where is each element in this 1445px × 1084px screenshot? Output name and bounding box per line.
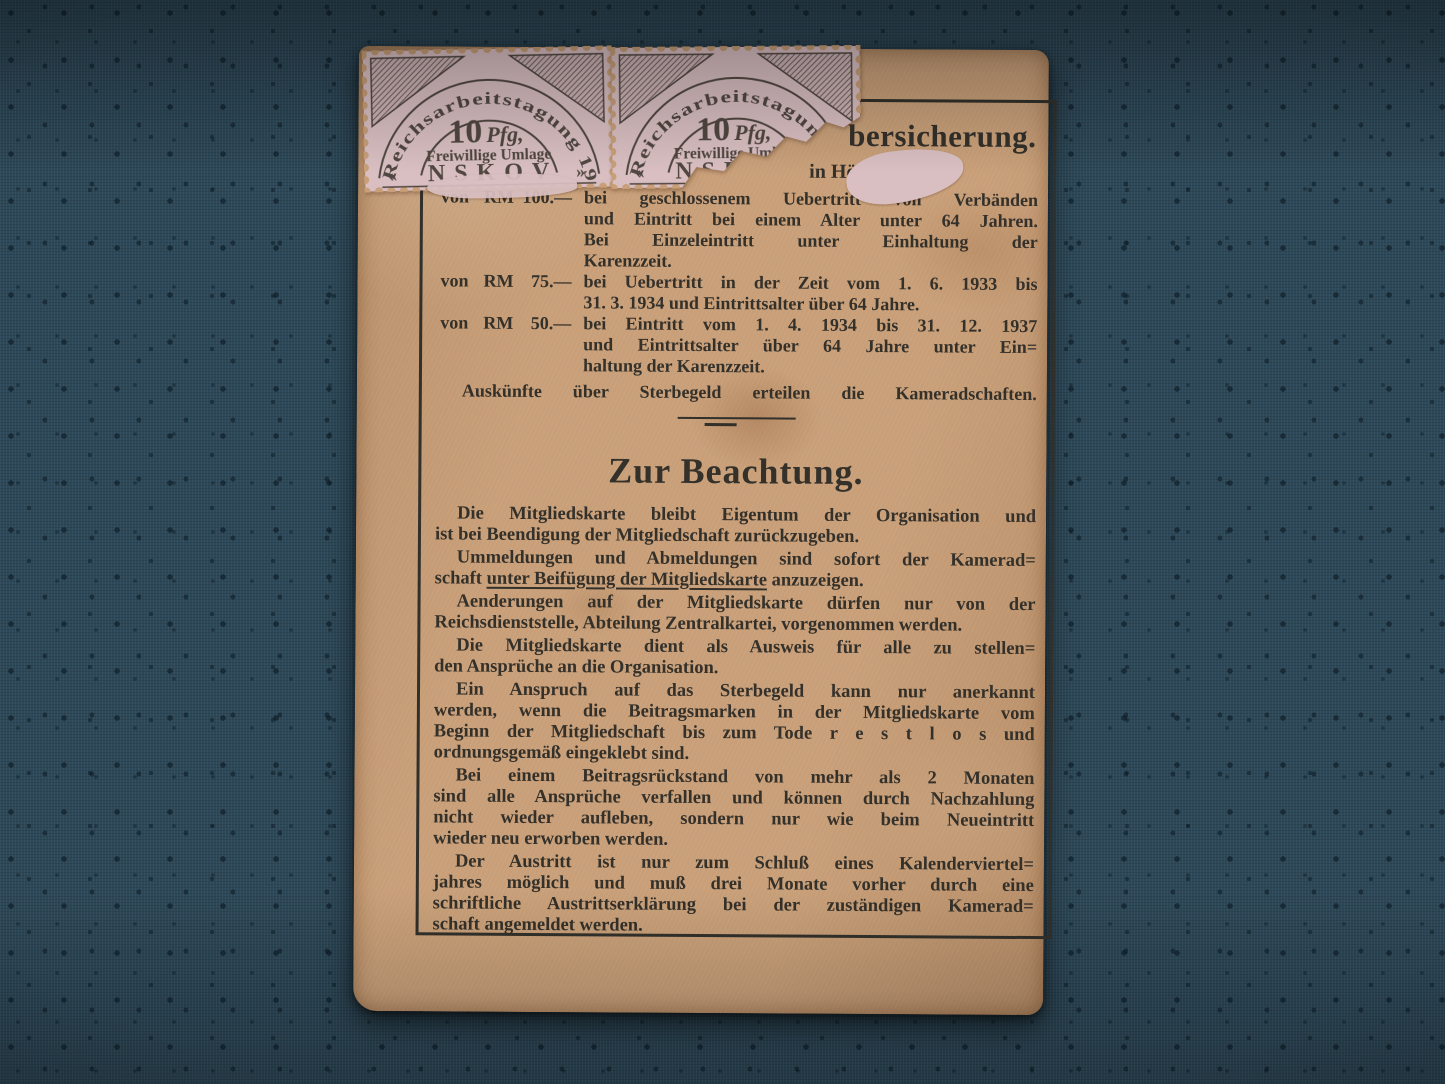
tariff-label-part: RM: [483, 270, 513, 291]
text-line: und Eintritt bei einem Alter unter 64 Ja…: [584, 208, 1038, 232]
text-line: und Eintrittsalter über 64 Jahre unter E…: [583, 334, 1037, 358]
text-line: 31. 3. 1934 und Eintrittsalter über 64 J…: [583, 292, 1037, 316]
notice-paragraph: Ummeldungen und Abmeldungen sind sofort …: [435, 547, 1036, 593]
stamp-value-unit: Pfg,: [733, 120, 771, 145]
stamp-value: 10: [448, 113, 483, 151]
stamp-left-flourish: «: [635, 162, 644, 182]
text-line: wieder neu erworben werden.: [433, 828, 1034, 853]
text-line: ordnungsgemäß eingeklebt sind.: [434, 742, 1035, 767]
stamp-right-flourish: »: [823, 160, 832, 180]
text-segment: schaft: [435, 568, 487, 588]
tariff-label-part: 50.—: [531, 313, 584, 334]
notice-paragraph: Der Austritt ist nur zum Schluß eines Ka…: [433, 851, 1035, 939]
text-line: bei Uebertritt in der Zeit vom 1. 6. 193…: [583, 271, 1037, 295]
text-line: Reichsdienststelle, Abteilung Zentralkar…: [434, 612, 1035, 637]
tariff-label-part: von: [436, 312, 468, 333]
stamp-value-unit: Pfg,: [485, 121, 524, 147]
text-line: nicht wieder aufleben, sondern nur wie b…: [433, 807, 1034, 832]
text-line: Die Mitgliedskarte bleibt Eigentum der O…: [435, 503, 1036, 528]
section-divider: [677, 416, 795, 419]
tariff-list: vonRM100.—bei geschlossenem Uebertritt v…: [436, 186, 1038, 379]
tariff-label-part: 75.—: [531, 271, 584, 292]
tariff-amount-label: vonRM75.—: [436, 270, 583, 313]
tariff-label-part: RM: [483, 312, 513, 333]
tariff-description: bei geschlossenem Uebertritt von Verbänd…: [584, 187, 1039, 274]
section-title: Zur Beachtung.: [435, 448, 1036, 494]
notice-paragraph: Die Mitgliedskarte dient als Ausweis für…: [434, 635, 1035, 681]
text-line: Bei Einzeleintritt unter Einhaltung der: [584, 229, 1038, 253]
text-line: schaft unter Beifügung der Mitgliedskart…: [435, 568, 1036, 593]
tariff-row: vonRM50.—bei Eintritt vom 1. 4. 1934 bis…: [436, 312, 1037, 379]
text-line: Karenzzeit.: [584, 250, 1038, 274]
card-border-box: bersicherung. in Höhe: vonRM100.—bei ges…: [416, 96, 1057, 939]
tariff-amount-label: vonRM50.—: [436, 312, 583, 376]
text-line: Bei einem Beitragsrückstand von mehr als…: [433, 765, 1034, 790]
notice-paragraph: Bei einem Beitragsrückstand von mehr als…: [433, 765, 1035, 853]
notice-paragraph: Aenderungen auf der Mitgliedskarte dürfe…: [434, 591, 1035, 637]
text-line: Aenderungen auf der Mitgliedskarte dürfe…: [434, 591, 1035, 616]
text-line: sind alle Ansprüche verfallen und können…: [433, 786, 1034, 811]
stamp-org: NSKOV: [675, 157, 806, 184]
tariff-description: bei Uebertritt in der Zeit vom 1. 6. 193…: [583, 271, 1037, 316]
info-line: Auskünfte über Sterbegeld erteilen die K…: [436, 380, 1037, 405]
text-line: Ein Anspruch auf das Sterbegeld kann nur…: [434, 679, 1035, 704]
text-line: bei geschlossenem Uebertritt von Verbänd…: [584, 187, 1038, 211]
text-line: Beginn der Mitgliedschaft bis zum Tode r…: [434, 721, 1035, 746]
stamp-left-flourish: «: [388, 165, 397, 185]
tariff-row: vonRM100.—bei geschlossenem Uebertritt v…: [437, 186, 1039, 274]
text-line: werden, wenn die Beitragsmarken in der M…: [434, 700, 1035, 725]
tariff-label-part: von: [436, 270, 468, 291]
stamp-right-flourish: »: [576, 161, 585, 181]
text-line: schaft angemeldet werden.: [433, 914, 1034, 939]
revenue-stamp: Reichsarbeitstagung 1939 10 Pfg, Freiwil…: [610, 45, 861, 189]
text-line: Die Mitgliedskarte dient als Ausweis für…: [434, 635, 1035, 660]
notice-paragraphs: Die Mitgliedskarte bleibt Eigentum der O…: [433, 503, 1037, 939]
tariff-row: vonRM75.—bei Uebertritt in der Zeit vom …: [436, 270, 1037, 316]
tariff-description: bei Eintritt vom 1. 4. 1934 bis 31. 12. …: [583, 313, 1037, 379]
section-divider-accent: [704, 423, 736, 426]
text-line: bei Eintritt vom 1. 4. 1934 bis 31. 12. …: [583, 313, 1037, 337]
text-line: schriftliche Austrittserklärung bei der …: [433, 893, 1034, 918]
stamp-value: 10: [696, 111, 730, 148]
stamp-graphic: Reichsarbeitstagung 1939 10 Pfg, Freiwil…: [610, 45, 861, 189]
text-line: jahres möglich und muß drei Monate vorhe…: [433, 872, 1034, 897]
underlined-text: unter Beifügung der Mitgliedskarte: [487, 568, 768, 590]
text-line: Der Austritt ist nur zum Schluß eines Ka…: [433, 851, 1034, 876]
photo-background: bersicherung. in Höhe: vonRM100.—bei ges…: [0, 0, 1445, 1084]
revenue-stamp: Reichsarbeitstagung 1939 10 Pfg, Freiwil…: [362, 45, 615, 192]
tariff-amount-label: vonRM100.—: [437, 186, 585, 271]
notice-paragraph: Die Mitgliedskarte bleibt Eigentum der O…: [435, 503, 1036, 549]
text-line: haltung der Karenzzeit.: [583, 355, 1037, 379]
stamp-graphic: Reichsarbeitstagung 1939 10 Pfg, Freiwil…: [362, 45, 615, 192]
notice-paragraph: Ein Anspruch auf das Sterbegeld kann nur…: [434, 679, 1036, 767]
text-line: ist bei Beendigung der Mitgliedschaft zu…: [435, 524, 1036, 549]
text-line: den Ansprüche an die Organisation.: [434, 656, 1035, 681]
text-segment: anzuzeigen.: [767, 570, 864, 591]
